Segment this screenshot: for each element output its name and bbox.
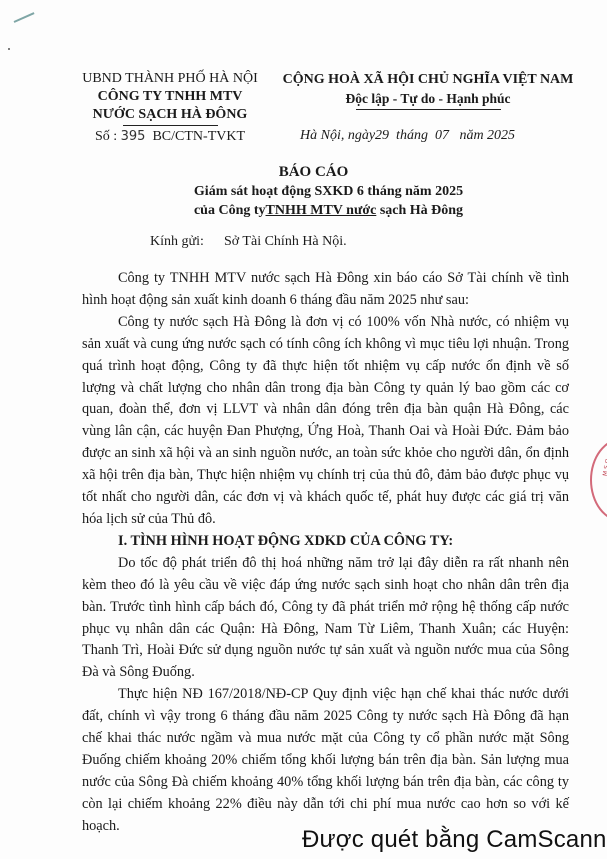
subject-prefix: của Công ty [194,203,266,218]
doc-number-label: Số : [95,129,121,144]
section-heading: I. TÌNH HÌNH HOẠT ĐỘNG XDKD CỦA CÔNG TY: [82,531,569,553]
issuer-company-line2: NƯỚC SẠCH HÀ ĐÔNG [70,106,270,124]
issuer-underline [123,125,218,126]
document-date: Hà Nội, ngày29 tháng 07 năm 2025 [300,128,515,144]
nation-motto: Độc lập - Tự do - Hạnh phúc [278,89,578,108]
page-number: 1 [317,778,323,788]
body-paragraph: Công ty nước sạch Hà Đông là đơn vị có 1… [82,312,569,531]
scanner-watermark: Được quét bằng CamScanner [302,826,607,854]
report-body: Công ty TNHH MTV nước sạch Hà Đông xin b… [82,268,569,838]
body-paragraph: Công ty TNHH MTV nước sạch Hà Đông xin b… [82,268,569,312]
recipient-value: Sở Tài Chính Hà Nội. [224,234,347,249]
issuer-company-line1: CÔNG TY TNHH MTV [70,88,270,106]
subject-suffix: sạch Hà Đông [376,203,463,218]
issuer-block: UBND THÀNH PHỐ HÀ NỘI CÔNG TY TNHH MTV N… [70,70,270,146]
doc-number-code: BC/CTN-TVKT [145,129,245,144]
motto-underline [356,109,501,110]
doc-number-value: 395 [121,129,146,144]
body-paragraph: Thực hiện NĐ 167/2018/NĐ-CP Quy định việ… [82,684,569,837]
red-seal-stamp: M.S.O [590,438,607,522]
report-title: BÁO CÁO [0,163,607,182]
scan-speck [8,48,10,50]
report-subject: của Công tyTNHH MTV nước sạch Hà Đông [0,201,607,220]
document-page: UBND THÀNH PHỐ HÀ NỘI CÔNG TY TNHH MTV N… [0,0,607,859]
subject-underlined: TNHH MTV nước [266,203,377,218]
report-title-block: BÁO CÁO Giám sát hoạt động SXKD 6 tháng … [0,163,607,220]
nation-block: CỘNG HOÀ XÃ HỘI CHỦ NGHĨA VIỆT NAM Độc l… [278,70,578,110]
issuer-authority: UBND THÀNH PHỐ HÀ NỘI [70,70,270,88]
document-number: Số : 395 BC/CTN-TVKT [70,128,270,146]
report-subtitle: Giám sát hoạt động SXKD 6 tháng năm 2025 [0,182,607,201]
pen-mark [14,12,35,23]
recipient-label: Kính gửi: [150,234,224,250]
nation-name: CỘNG HOÀ XÃ HỘI CHỦ NGHĨA VIỆT NAM [278,70,578,89]
stamp-text: M.S.O [602,458,607,476]
body-paragraph: Do tốc độ phát triển đô thị hoá những nă… [82,553,569,684]
recipient-line: Kính gửi:Sở Tài Chính Hà Nội. [150,234,347,250]
